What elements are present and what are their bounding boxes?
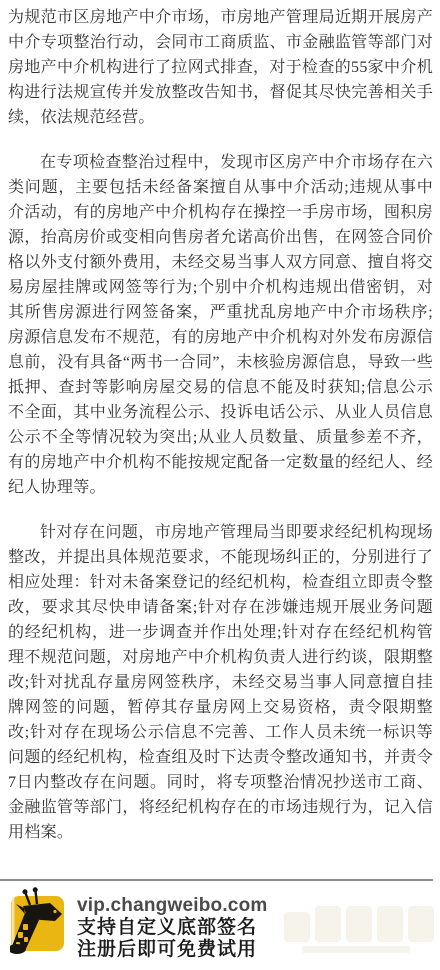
footer-signature: vip.changweibo.com 支持自定义底部签名 注册后即可免费试用 [10, 886, 440, 961]
article-body: 为规范市区房地产中介市场，市房地产管理局近期开展房产中介专项整治行动，会同市工商… [0, 0, 440, 865]
paragraph-1: 为规范市区房地产中介市场，市房地产管理局近期开展房产中介专项整治行动，会同市工商… [8, 5, 433, 130]
footer-tagline-1: 支持自定义底部签名 [77, 917, 267, 939]
paragraph-2: 在专项检查整治过程中，发现市区房产中介市场存在六类问题，主要包括未经备案擅自从事… [8, 150, 433, 500]
footer-tagline-2: 注册后即可免费试用 [77, 939, 267, 961]
footer-text-block: vip.changweibo.com 支持自定义底部签名 注册后即可免费试用 [77, 886, 267, 961]
changweibo-url: vip.changweibo.com [77, 895, 267, 917]
long-weibo-image: 为规范市区房地产中介市场，市房地产管理局近期开展房产中介专项整治行动，会同市工商… [0, 0, 440, 970]
paragraph-3: 针对存在问题，市房地产管理局当即要求经纪机构现场整改，并提出具体规范要求，不能现… [8, 520, 433, 845]
footer-divider [0, 879, 433, 881]
giraffe-icon [10, 886, 66, 954]
